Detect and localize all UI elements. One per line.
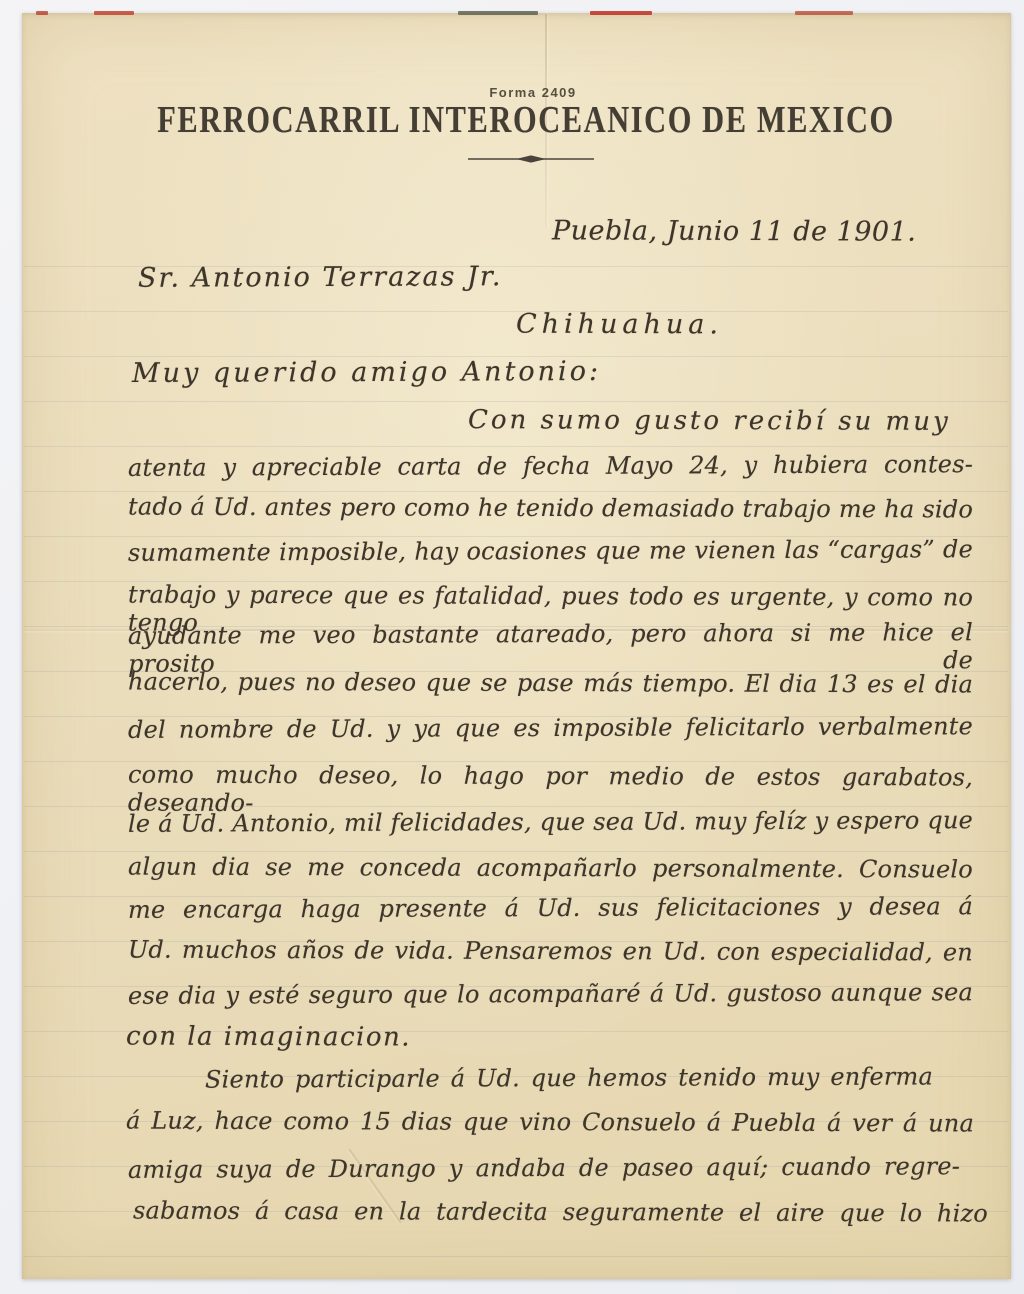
dark-edge-mark	[458, 11, 538, 15]
body-line: le á Ud. Antonio, mil felicidades, que s…	[128, 806, 973, 838]
body-line: sumamente imposible, hay ocasiones que m…	[128, 535, 973, 567]
red-edge-mark	[94, 11, 134, 15]
salutation: Muy querido amigo Antonio:	[132, 356, 601, 389]
body-line: Siento participarle á Ud. que hemos teni…	[205, 1062, 933, 1093]
body-line: atenta y apreciable carta de fecha Mayo …	[128, 450, 973, 482]
red-edge-mark	[590, 11, 652, 15]
body-line: me encarga haga presente á Ud. sus felic…	[128, 892, 973, 924]
body-line: tado á Ud. antes pero como he tenido dem…	[128, 493, 973, 524]
recipient-name: Sr. Antonio Terrazas Jr.	[138, 261, 503, 294]
red-edge-mark	[36, 11, 48, 15]
scan-background: Forma 2409 FERROCARRIL INTEROCEANICO DE …	[0, 0, 1024, 1294]
recipient-city: Chihuahua.	[516, 309, 723, 341]
body-line: ese dia y esté seguro que lo acompañaré …	[128, 978, 973, 1010]
body-line: Con sumo gusto recibí su muy	[468, 405, 951, 437]
body-line: algun dia se me conceda acompañarlo pers…	[128, 853, 973, 884]
red-edge-mark	[795, 11, 853, 15]
divider-ornament	[466, 151, 596, 165]
body-line: hacerlo, pues no deseo que se pase más t…	[128, 668, 973, 699]
body-line: sabamos á casa en la tardecita seguramen…	[133, 1197, 988, 1228]
body-line: con la imaginacion.	[126, 1022, 411, 1053]
body-line: del nombre de Ud. y ya que es imposible …	[128, 712, 973, 744]
body-line: á Luz, hace como 15 dias que vino Consue…	[126, 1107, 974, 1138]
company-name: FERROCARRIL INTEROCEANICO DE MEXICO	[157, 98, 895, 142]
body-line: amiga suya de Durango y andaba de paseo …	[128, 1152, 960, 1184]
dateline: Puebla, Junio 11 de 1901.	[552, 215, 916, 247]
body-line: Ud. muchos años de vida. Pensaremos en U…	[128, 936, 973, 967]
